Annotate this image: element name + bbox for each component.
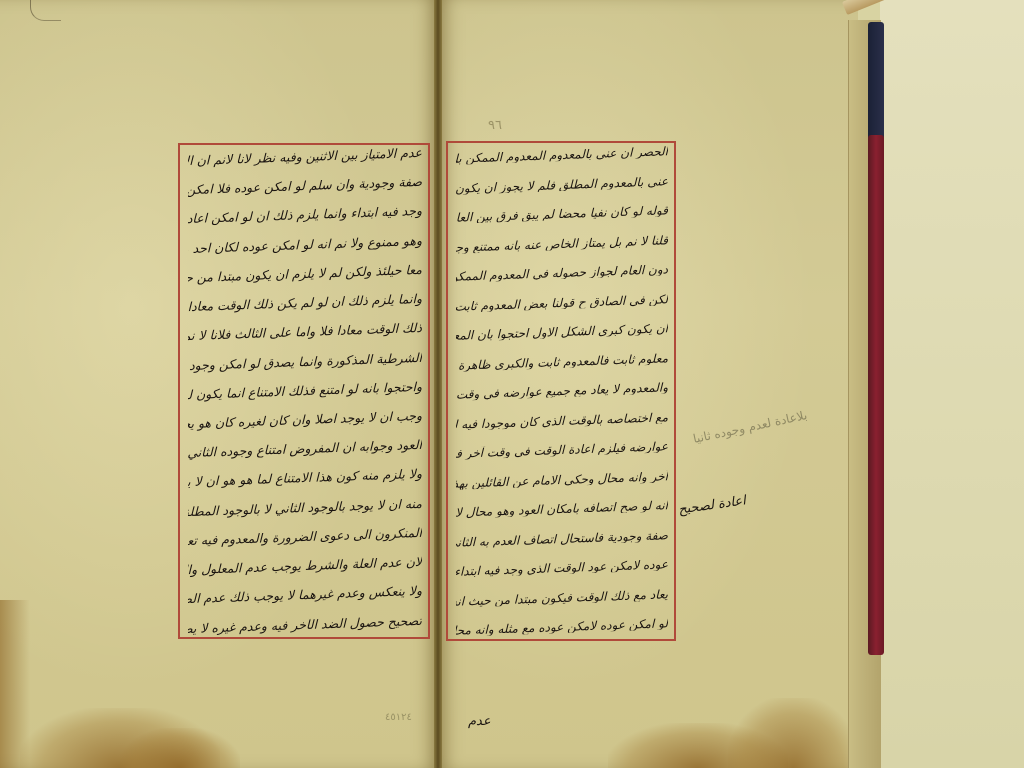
text-line: الحصر ان عنى بالمعدوم المعدوم الممكن بل … bbox=[456, 145, 668, 164]
water-stain bbox=[120, 728, 240, 768]
text-line: مع اختصاصه بالوقت الذي كان موجودا فيه لك… bbox=[456, 411, 668, 430]
text-line: قوله لو كان نفيا محضا لم يبق فرق بين الع… bbox=[456, 204, 668, 223]
text-line: يعاد مع ذلك الوقت فيكون مبتدا من حيث انه… bbox=[456, 588, 668, 607]
text-line: معا حيلئذ ولكن لم لا يلزم ان يكون مبتدا … bbox=[188, 264, 422, 285]
text-line: عوارضه فيلزم اعادة الوقت في وقت آخر فيلز… bbox=[456, 440, 668, 459]
folio-number: ٩٦ bbox=[488, 118, 502, 133]
text-line: عدم الامتياز بين الاثنين وفيه نظر لانا ل… bbox=[188, 147, 422, 168]
binding-red bbox=[868, 135, 884, 655]
text-line: صفة وجودية وان سلم لو امكن عوده فلا امكن… bbox=[188, 176, 422, 197]
text-line: المنكرون الى دعوى الضرورة والمعدوم فيه ت… bbox=[188, 527, 422, 548]
text-line: لان عدم العلة والشرط يوجب عدم المعلول وا… bbox=[188, 556, 422, 577]
text-line: تصحيح حصول الضد الآخر فيه وعدم غيره لا ي… bbox=[188, 614, 422, 635]
paper-crease bbox=[30, 0, 61, 21]
text-line: ولا ينعكس وعدم غيرهما لا يوجب ذلك عدم ال… bbox=[188, 585, 422, 606]
faded-stamp: ٤٥١٢٤ bbox=[385, 712, 412, 723]
left-text-block: عدم الامتياز بين الاثنين وفيه نظر لانا ل… bbox=[178, 143, 430, 639]
text-line: ان يكون كبرى الشكل الاول احتجوا بان المع… bbox=[456, 322, 668, 341]
text-line: دون العام لجواز حصوله في المعدوم الممكن … bbox=[456, 263, 668, 282]
binding-blue bbox=[868, 22, 884, 142]
text-line: واحتجوا بانه لو امتنع فذلك الامتناع انما… bbox=[188, 381, 422, 402]
text-line: وجد فيه ابتداء وانما يلزم ذلك ان لو امكن… bbox=[188, 205, 422, 226]
text-line: لكن في الصادق ح قولنا بعض المعدوم ثابت و… bbox=[456, 293, 668, 312]
text-line: ولا يلزم منه كون هذا الامتناع لما هو هو … bbox=[188, 468, 422, 489]
text-line: صفة وجودية فاستحال اتصاف العدم به الثاني… bbox=[456, 529, 668, 548]
text-line: ذلك الوقت معادا فلا واما على الثالث فلان… bbox=[188, 322, 422, 343]
text-line: وهو ممنوع ولا نم انه لو امكن عوده لكان ا… bbox=[188, 235, 422, 256]
text-line: عوده لامكن عود الوقت الذي وجد فيه ابتداء… bbox=[456, 558, 668, 577]
text-line: انه لو صح اتصافه بامكان العود وهو محال ل… bbox=[456, 499, 668, 518]
text-line: منه ان لا يوجد بالوجود الثاني لا بالوجود… bbox=[188, 498, 422, 519]
text-line: الشرطية المذكورة وانما يصدق لو امكن وجود… bbox=[188, 351, 422, 372]
text-line: وانما يلزم ذلك ان لو لم يكن ذلك الوقت مع… bbox=[188, 293, 422, 314]
text-line: العود وجوابه ان المفروض امتناع وجوده الث… bbox=[188, 439, 422, 460]
text-line: عنى بالمعدوم المطلق فلم لا يجوز ان يكون … bbox=[456, 175, 668, 194]
water-stain bbox=[728, 698, 858, 768]
catchword: عدم bbox=[468, 714, 491, 729]
backdrop bbox=[880, 0, 1024, 768]
text-line: قلنا لا نم بل يمتاز الخاص عنه بانه ممتنع… bbox=[456, 234, 668, 253]
book-gutter bbox=[434, 0, 442, 768]
text-line: لو امكن عوده لامكن عوده مع مثله وانه محا… bbox=[456, 617, 668, 636]
right-text-block: الحصر ان عنى بالمعدوم المعدوم الممكن بل … bbox=[446, 141, 676, 641]
text-line: معلوم ثابت فالمعدوم ثابت والكبرى ظاهرة ا… bbox=[456, 352, 668, 371]
text-line: والمعدوم لا يعاد مع جميع عوارضه في وقت آ… bbox=[456, 381, 668, 400]
text-line: آخر وانه محال وحكى الامام عن القائلين به… bbox=[456, 470, 668, 489]
text-line: وجب ان لا يوجد اصلا وان كان لغيره كان هو… bbox=[188, 410, 422, 431]
